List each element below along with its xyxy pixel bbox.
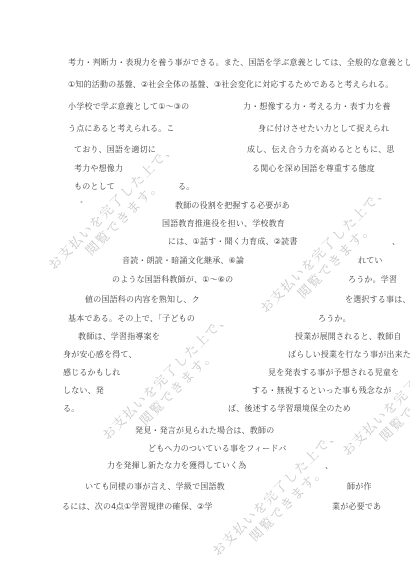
text-fragment: 師が作 <box>347 482 372 492</box>
text-fragment: 力・想像する力・考える力・表す力を養 <box>243 102 391 112</box>
text-fragment: には、①話す・聞く力育成、②読書 <box>168 237 298 247</box>
text-fragment: 発見・発言が見られた場合は、教師の <box>135 426 274 436</box>
text-fragment: ゛ <box>80 201 88 211</box>
text-fragment: 身が安心感を得て、 <box>63 350 137 360</box>
document-preview-page: お支払いを完了した上で、閲覧できます。お支払いを完了した上で、閲覧できます。お支… <box>0 0 410 580</box>
text-fragment: 小学校で学ぶ意義として①～③の <box>68 102 189 112</box>
text-fragment: 考力や想像力 <box>74 164 123 174</box>
text-fragment: 国語教育推進役を担い、学校教育 <box>162 219 285 229</box>
text-fragment: 、 <box>392 237 400 247</box>
payment-required-watermark: お支払いを完了した上で、閲覧できます。 <box>200 416 364 580</box>
text-fragment: る関心を深め国語を尊重する態度 <box>252 164 375 174</box>
text-fragment: 音読・朗読・暗誦文化継承、⑥論 <box>122 256 244 266</box>
text-fragment: 授業が展開されると、教師自 <box>295 332 402 342</box>
payment-required-watermark: お支払いを完了した上で、閲覧できます。 <box>90 300 254 464</box>
text-fragment: 感じるかもしれ <box>63 368 120 378</box>
text-fragment: 教師は、学習指導案を <box>78 332 160 342</box>
text-fragment: 教師の役割を把握する必要があ <box>175 201 290 211</box>
text-fragment: 基本である。その上で、「子どもの <box>68 314 195 324</box>
text-fragment: ろうか。学習 <box>348 275 397 285</box>
text-fragment: いても同様の事が言え、学級で国語教 <box>85 482 225 492</box>
text-fragment: 業が必要であ <box>332 502 381 512</box>
text-fragment: る。 <box>178 182 194 192</box>
text-fragment: るには、次の4点①学習規律の確保、②学 <box>62 502 213 512</box>
text-fragment: ものとして <box>74 182 115 192</box>
text-fragment: ば、後述する学習環境保全のため <box>228 404 351 414</box>
payment-required-watermark: お支払いを完了した上で、閲覧できます。 <box>248 173 410 337</box>
text-fragment: のような国語科教師が、①～⑥の <box>112 275 233 285</box>
text-fragment: 力を発揮し新たな力を獲得していく為 <box>107 461 246 471</box>
text-fragment: ており、国語を適切に <box>74 145 156 155</box>
text-fragment: ろうか。 <box>318 314 351 324</box>
text-fragment: ばらしい授業を行なう事が出来たと <box>288 350 410 360</box>
text-fragment: 身に付けさせたい力として捉えられ <box>258 124 389 134</box>
text-fragment: しない、発 <box>63 386 104 396</box>
text-fragment: 成し、伝え合う力を高めるとともに、思 <box>247 145 395 155</box>
watermark-line1: お支払いを完了した上で、 <box>200 416 353 569</box>
text-fragment: する・無視するといった事も残念なが <box>252 386 391 396</box>
text-fragment: る。 <box>63 404 79 414</box>
text-fragment: う点にあると考えられる。こ <box>68 124 175 134</box>
text-fragment: ①知的活動の基盤、②社会全体の基盤、③社会変化に対応するためであると考えられる。 <box>68 80 394 90</box>
text-fragment: を選択する事は、 <box>345 295 410 305</box>
text-fragment: 値の国語科の内容を熟知し、ク <box>85 295 200 305</box>
text-fragment: どもへ力のついている事をフィードバ <box>148 444 287 454</box>
text-fragment: 見を発表する事が予想される児童を <box>268 368 399 378</box>
text-fragment: 、 <box>325 461 333 471</box>
text-fragment: れてい <box>358 256 383 266</box>
watermark-line2: 閲覧できます。 <box>47 141 200 294</box>
text-fragment: 考力・判断力・表現力を養う事ができる。また、国語を学ぶ意義としては、全般的な意義… <box>68 58 410 68</box>
